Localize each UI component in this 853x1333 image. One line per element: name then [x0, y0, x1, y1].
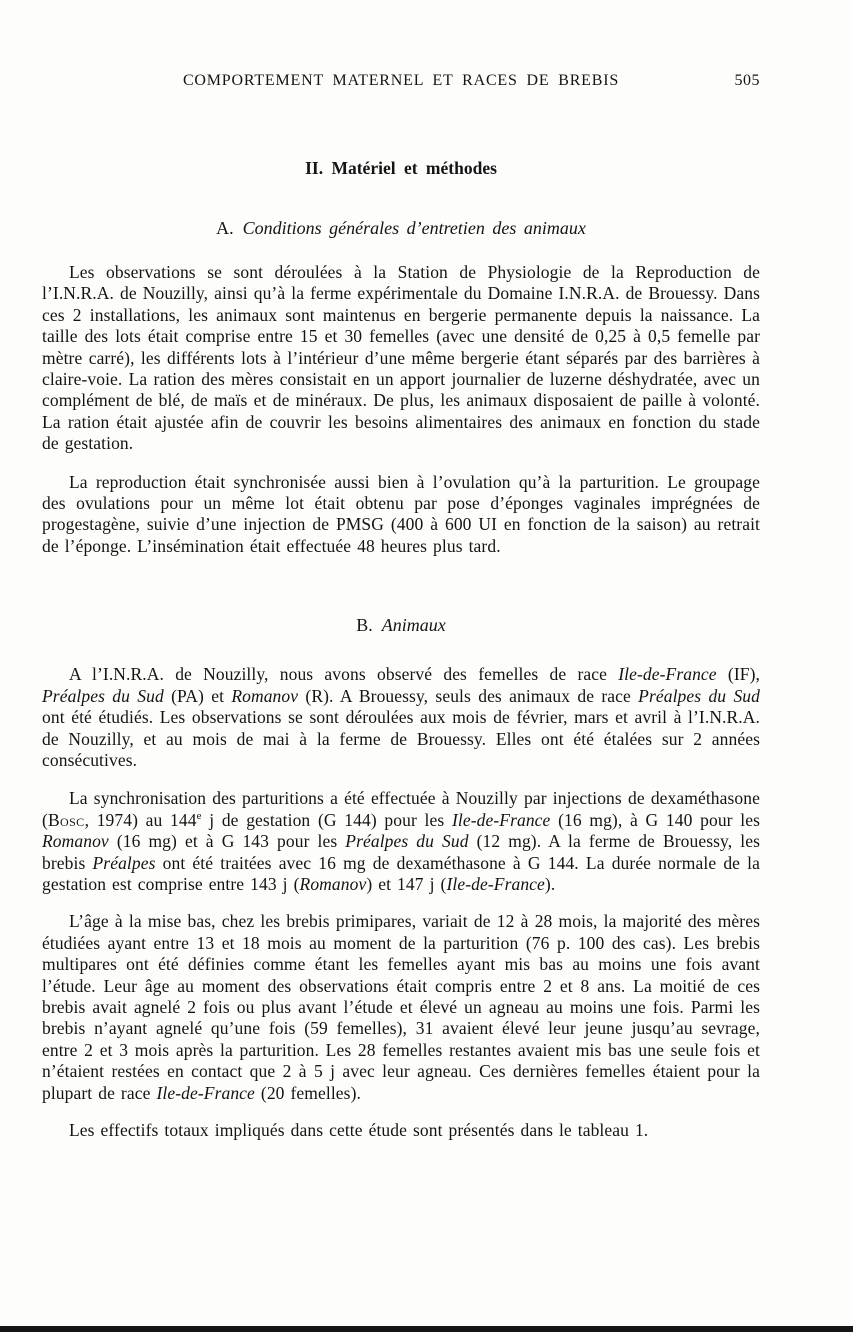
text-run: Romanov [231, 686, 298, 706]
subsection-b-title: Animaux [382, 615, 446, 635]
text-run: Romanov [300, 874, 367, 894]
text-run: Les observations se sont déroulées à la … [42, 262, 760, 453]
text-run: j de gestation (G 144) pour les [202, 810, 452, 830]
text-run: Ile-de-France [452, 810, 550, 830]
text-run: (20 femelles). [255, 1083, 361, 1103]
text-column: COMPORTEMENT MATERNEL ET RACES DE BREBIS… [42, 71, 760, 1141]
paragraph-animaux-2: La synchronisation des parturitions a ét… [42, 788, 760, 895]
subsection-heading-b: B.Animaux [42, 613, 760, 637]
text-run: A l’I.N.R.A. de Nouzilly, nous avons obs… [69, 664, 618, 684]
section-title: II. Matériel et méthodes [42, 156, 760, 180]
text-run: ). [545, 874, 555, 894]
text-run: Préalpes du Sud [638, 686, 760, 706]
running-header: COMPORTEMENT MATERNEL ET RACES DE BREBIS… [42, 71, 760, 91]
text-run: , 1974) au 144 [85, 810, 197, 830]
text-run: L’âge à la mise bas, chez les brebis pri… [42, 911, 760, 1102]
text-run: (IF), [717, 664, 760, 684]
scanned-paper-page: COMPORTEMENT MATERNEL ET RACES DE BREBIS… [0, 0, 853, 1333]
text-run: Préalpes du Sud [42, 686, 164, 706]
text-run: (PA) et [164, 686, 232, 706]
subsection-a-title: Conditions générales d’entretien des ani… [243, 218, 586, 238]
text-run: Bosc [48, 810, 85, 830]
running-header-title: COMPORTEMENT MATERNEL ET RACES DE BREBIS [42, 71, 760, 91]
paragraph-conditions-1: Les observations se sont déroulées à la … [42, 262, 760, 455]
paragraph-animaux-1: A l’I.N.R.A. de Nouzilly, nous avons obs… [42, 664, 760, 771]
text-run: Romanov [42, 831, 109, 851]
paragraph-effectifs: Les effectifs totaux impliqués dans cett… [42, 1120, 760, 1141]
text-run: Ile-de-France [446, 874, 544, 894]
paragraph-conditions-2: La reproduction était synchronisée aussi… [42, 472, 760, 558]
text-run: Les effectifs totaux impliqués dans cett… [69, 1120, 648, 1140]
subsection-heading-a: A.Conditions générales d’entretien des a… [42, 216, 760, 240]
text-run: Préalpes [93, 853, 156, 873]
text-run: La reproduction était synchronisée aussi… [42, 472, 760, 556]
text-run: (R). A Brouessy, seuls des animaux de ra… [298, 686, 638, 706]
text-run: Ile-de-France [618, 664, 716, 684]
subsection-b-label: B. [356, 615, 373, 635]
text-run: ont été étudiés. Les observations se son… [42, 707, 760, 770]
bottom-scan-artifact-band [0, 1326, 853, 1332]
text-run: ) et 147 j ( [366, 874, 446, 894]
text-run: (16 mg) et à G 143 pour les [109, 831, 345, 851]
page-number: 505 [735, 71, 761, 91]
text-run: Préalpes du Sud [345, 831, 468, 851]
text-run: (16 mg), à G 140 pour les [550, 810, 760, 830]
text-run: Ile-de-France [156, 1083, 254, 1103]
paragraph-animaux-3: L’âge à la mise bas, chez les brebis pri… [42, 911, 760, 1104]
subsection-a-label: A. [216, 218, 234, 238]
